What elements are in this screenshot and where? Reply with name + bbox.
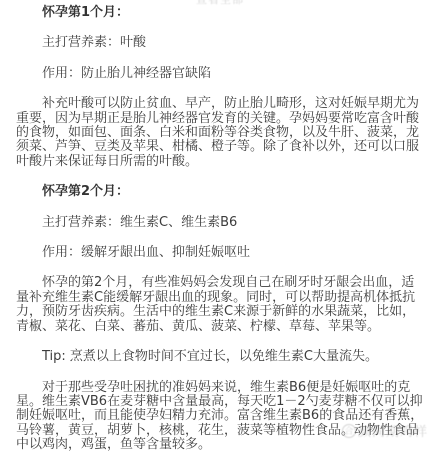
section2-tip-line: Tip: 烹煮以上食物时间不宜过长，以免维生素C大量流失。 xyxy=(16,350,427,364)
section2-paragraph-vitc: 怀孕的第2个月，有些准妈妈会发现自己在刷牙时牙龈会出血，适量补充维生素C能缓解牙… xyxy=(16,276,427,334)
section1-nutrient-line: 主打营养素：叶酸 xyxy=(16,36,427,50)
section2-heading: 怀孕第2个月： xyxy=(16,185,427,199)
section1-heading: 怀孕第1个月： xyxy=(16,6,427,20)
section2-paragraph-vitb6: 对于那些受孕吐困扰的准妈妈来说，维生素B6便是妊娠呕吐的克星。维生素VB6在麦芽… xyxy=(16,381,427,453)
section1-effect-line: 作用：防止胎儿神经器官缺陷 xyxy=(16,67,427,81)
section1-paragraph: 补充叶酸可以防止贫血、早产，防止胎儿畸形，这对妊娠早期尤为重要，因为早期正是胎儿… xyxy=(16,97,427,169)
article-page: 怀孕第1个月： 主打营养素：叶酸 作用：防止胎儿神经器官缺陷 补充叶酸可以防止贫… xyxy=(0,0,430,464)
section2-effect-line: 作用：缓解牙龈出血、抑制妊娠呕吐 xyxy=(16,246,427,260)
article-body: 怀孕第1个月： 主打营养素：叶酸 作用：防止胎儿神经器官缺陷 补充叶酸可以防止贫… xyxy=(0,0,430,453)
section2-nutrient-line: 主打营养素：维生素C、维生素B6 xyxy=(16,216,427,230)
